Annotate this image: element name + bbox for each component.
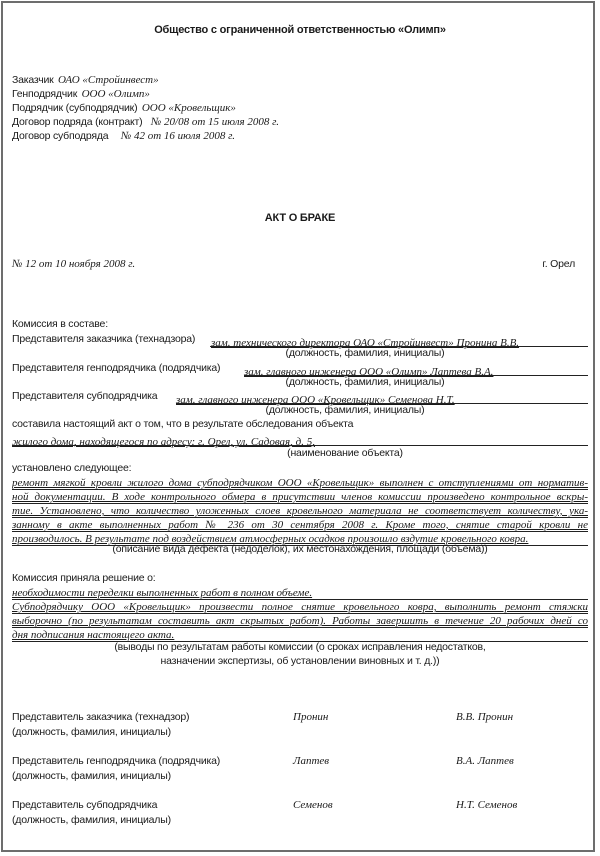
- signature-printed-name: В.А. Лаптев: [456, 755, 514, 767]
- decision-line: выборочно (по результатам составить акт …: [12, 614, 588, 628]
- signature-role: Представитель заказчика (технадзор): [12, 711, 189, 723]
- header-field-subcontract: Договор субподряда № 42 от 16 июля 2008 …: [12, 126, 235, 144]
- object-caption: (наименование объекта): [220, 447, 470, 459]
- commission-member-label: Представителя генподрядчика (подрядчика): [12, 362, 220, 374]
- signature-handwritten: Лаптев: [293, 755, 329, 767]
- commission-member-value-field: зам. технического директора ОАО «Стройин…: [210, 333, 588, 347]
- findings-intro: установлено следующее:: [12, 462, 131, 474]
- commission-member-label: Представителя заказчика (технадзора): [12, 333, 195, 345]
- decision-text: необходимости переделки выполненных рабо…: [12, 586, 588, 642]
- signature-role: Представитель генподрядчика (подрядчика): [12, 755, 220, 767]
- signature-role: Представитель субподрядчика: [12, 799, 157, 811]
- commission-member-caption: (должность, фамилия, инициалы): [240, 347, 490, 359]
- commission-member-value-field: зам. главного инженера ООО «Олимп» Лапте…: [244, 362, 588, 376]
- decision-line: Субподрядчику ООО «Кровельщик» произвест…: [12, 600, 588, 614]
- findings-line: ремонт мягкой кровли жилого дома субподр…: [12, 476, 588, 490]
- decision-line: необходимости переделки выполненных рабо…: [12, 586, 588, 600]
- signature-handwritten: Семенов: [293, 799, 333, 811]
- decision-intro: Комиссия приняла решение о:: [12, 572, 156, 584]
- commission-member-caption: (должность, фамилия, инициалы): [220, 404, 470, 416]
- signature-printed-name: Н.Т. Семенов: [456, 799, 517, 811]
- findings-text: ремонт мягкой кровли жилого дома субподр…: [12, 476, 588, 546]
- act-number-date: № 12 от 10 ноября 2008 г.: [12, 258, 135, 270]
- findings-line: занному в акте выполненных работ № 236 о…: [12, 518, 588, 532]
- decision-caption-line-1: (выводы по результатам работы комиссии (…: [100, 641, 500, 653]
- findings-line: ной документации. В ходе контрольного об…: [12, 490, 588, 504]
- decision-line: дня подписания настоящего акта.: [12, 628, 588, 642]
- commission-heading: Комиссия в составе:: [12, 318, 108, 330]
- signature-caption: (должность, фамилия, инициалы): [12, 726, 171, 738]
- findings-caption: (описание вида дефекта (недоделок), их м…: [90, 543, 510, 555]
- field-value: № 42 от 16 июля 2008 г.: [121, 130, 235, 142]
- findings-line: тие. Установлено, что количество уложенн…: [12, 504, 588, 518]
- commission-member-label: Представителя субподрядчика: [12, 390, 157, 402]
- signature-printed-name: В.В. Пронин: [456, 711, 513, 723]
- signature-caption: (должность, фамилия, инициалы): [12, 770, 171, 782]
- commission-member-value-field: зам. главного инженера ООО «Кровельщик» …: [176, 390, 588, 404]
- signature-caption: (должность, фамилия, инициалы): [12, 814, 171, 826]
- organization-heading: Общество с ограниченной ответственностью…: [0, 24, 600, 36]
- city: г. Орел: [542, 258, 575, 270]
- decision-caption-line-2: назначении экспертизы, об установлении в…: [100, 655, 500, 667]
- object-intro: составила настоящий акт о том, что в рез…: [12, 418, 353, 430]
- document-title: АКТ О БРАКЕ: [0, 212, 600, 224]
- signature-handwritten: Пронин: [293, 711, 328, 723]
- commission-member-caption: (должность, фамилия, инициалы): [240, 376, 490, 388]
- field-label: Договор субподряда: [12, 130, 108, 142]
- object-value-field: жилого дома, находящегося по адресу: г. …: [12, 432, 588, 446]
